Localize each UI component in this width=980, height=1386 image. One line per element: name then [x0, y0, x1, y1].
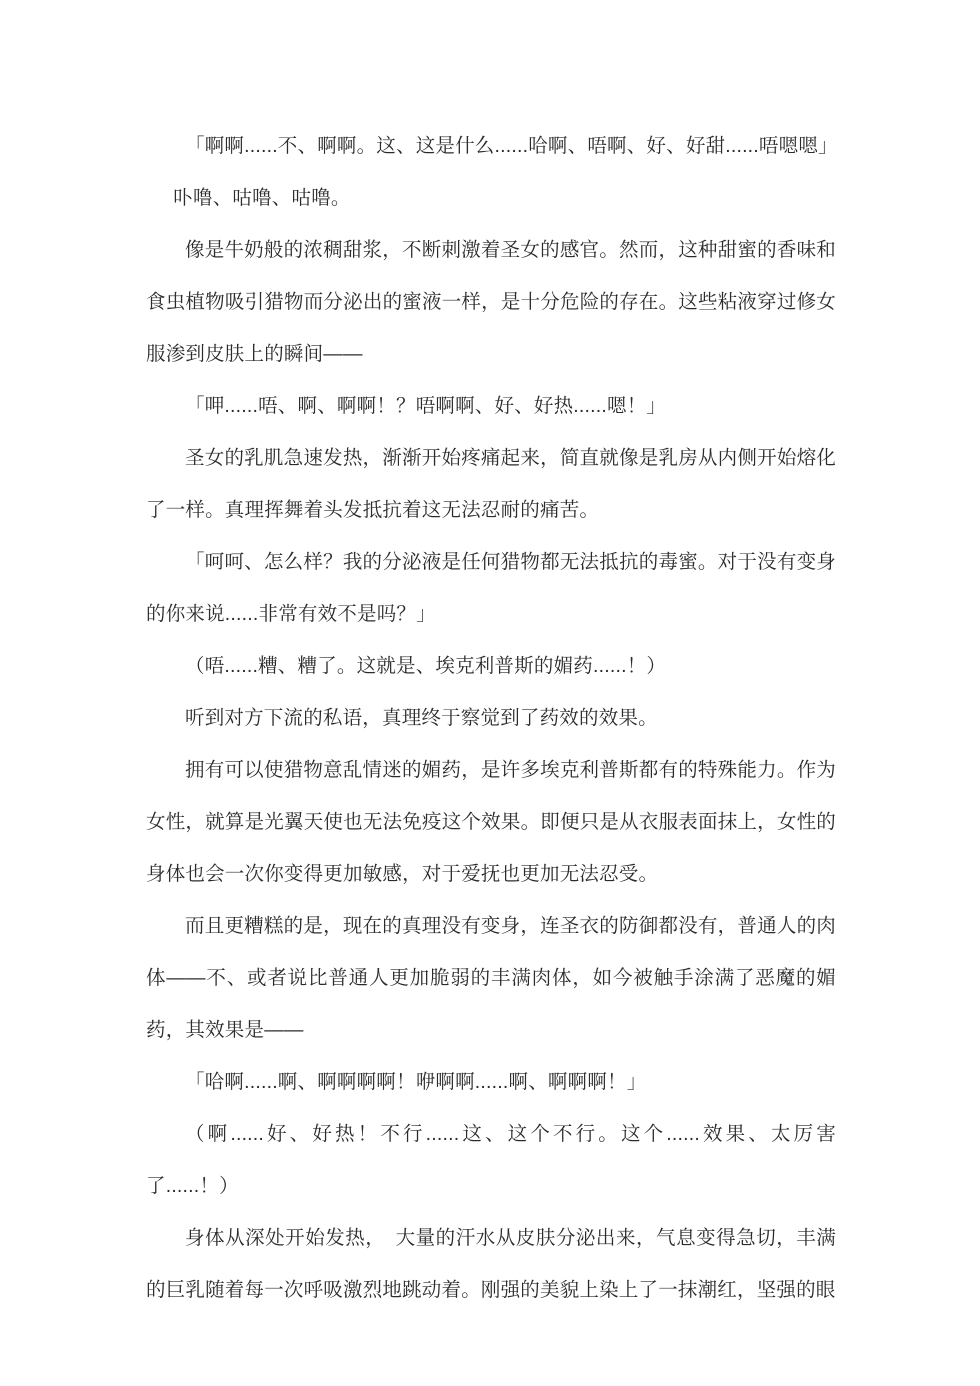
paragraph-narration: 圣女的乳肌急速发热，渐渐开始疼痛起来，简直就像是乳房从内侧开始熔化了一样。真理挥…	[146, 432, 836, 536]
paragraph-dialogue: 「啊啊......不、啊啊。这、这是什么......哈啊、唔啊、好、好甜....…	[146, 120, 836, 172]
document-page: 「啊啊......不、啊啊。这、这是什么......哈啊、唔啊、好、好甜....…	[0, 0, 980, 1386]
paragraph-dialogue: 「哈啊......啊、啊啊啊啊！咿啊啊......啊、啊啊啊！」	[146, 1056, 836, 1108]
paragraph-thought: （唔......糟、糟了。这就是、埃克利普斯的媚药......！）	[146, 640, 836, 692]
paragraph-sound: 卟噜、咕噜、咕噜。	[146, 172, 836, 224]
paragraph-narration: 拥有可以使猎物意乱情迷的媚药，是许多埃克利普斯都有的特殊能力。作为女性，就算是光…	[146, 744, 836, 900]
paragraph-thought: （啊......好、好热！不行......这、这个不行。这个......效果、太…	[146, 1108, 836, 1212]
paragraph-narration: 听到对方下流的私语，真理终于察觉到了药效的效果。	[146, 692, 836, 744]
paragraph-dialogue: 「呷......唔、啊、啊啊！？唔啊啊、好、好热......嗯！」	[146, 380, 836, 432]
paragraph-dialogue: 「呵呵、怎么样？我的分泌液是任何猎物都无法抵抗的毒蜜。对于没有变身的你来说...…	[146, 536, 836, 640]
paragraph-narration: 而且更糟糕的是，现在的真理没有变身，连圣衣的防御都没有，普通人的肉体——不、或者…	[146, 900, 836, 1056]
paragraph-narration: 像是牛奶般的浓稠甜浆，不断刺激着圣女的感官。然而，这种甜蜜的香味和食虫植物吸引猎…	[146, 224, 836, 380]
paragraph-narration: 身体从深处开始发热， 大量的汗水从皮肤分泌出来，气息变得急切，丰满的巨乳随着每一…	[146, 1212, 836, 1316]
text-content: 「啊啊......不、啊啊。这、这是什么......哈啊、唔啊、好、好甜....…	[146, 120, 836, 1316]
